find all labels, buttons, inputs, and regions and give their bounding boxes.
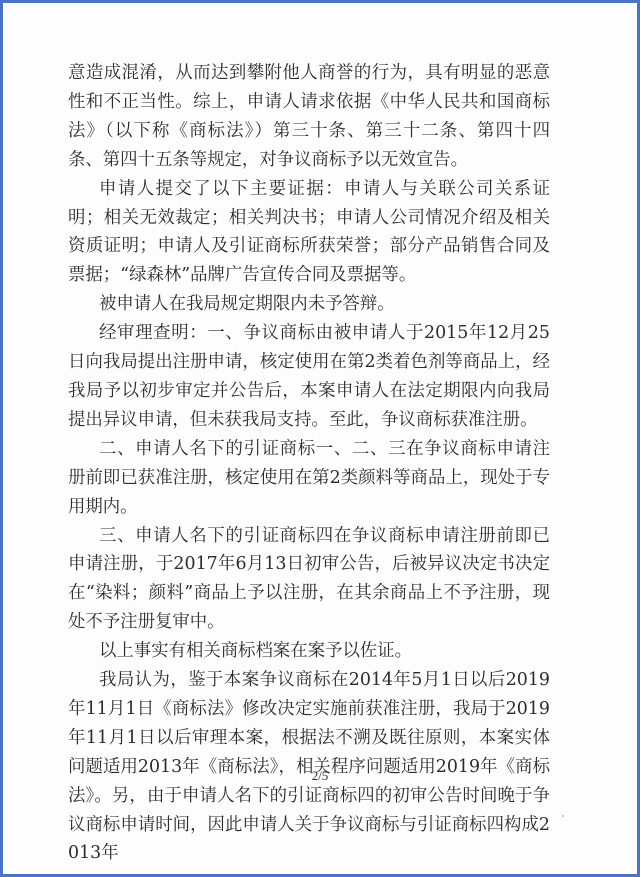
paragraph-finding-three: 三、申请人名下的引证商标四在争议商标申请注册前即已申请注册，于2017年6月13… <box>68 522 550 638</box>
paragraph-no-reply: 被申请人在我局规定期限内未予答辩。 <box>68 290 550 319</box>
paragraph-evidence-note: 以上事实有相关商标档案在案予以佐证。 <box>68 637 550 666</box>
paragraph-finding-one: 经审理查明：一、争议商标由被申请人于2015年12月25日向我局提出注册申请，核… <box>68 319 550 435</box>
document-body: 意造成混淆，从而达到攀附他人商誉的行为，具有明显的恶意性和不正当性。综上，申请人… <box>68 59 550 868</box>
paragraph-conclusion-request: 意造成混淆，从而达到攀附他人商誉的行为，具有明显的恶意性和不正当性。综上，申请人… <box>68 59 550 175</box>
page-number: 2/5 <box>3 768 637 784</box>
document-page: 意造成混淆，从而达到攀附他人商誉的行为，具有明显的恶意性和不正当性。综上，申请人… <box>3 3 637 874</box>
scan-speck <box>562 815 564 817</box>
paragraph-finding-two: 二、申请人名下的引证商标一、二、三在争议商标申请注册前即已获准注册，核定使用在第… <box>68 435 550 522</box>
scan-speck <box>310 791 312 793</box>
paragraph-evidence: 申请人提交了以下主要证据：申请人与关联公司关系证明；相关无效裁定；相关判决书；申… <box>68 175 550 291</box>
